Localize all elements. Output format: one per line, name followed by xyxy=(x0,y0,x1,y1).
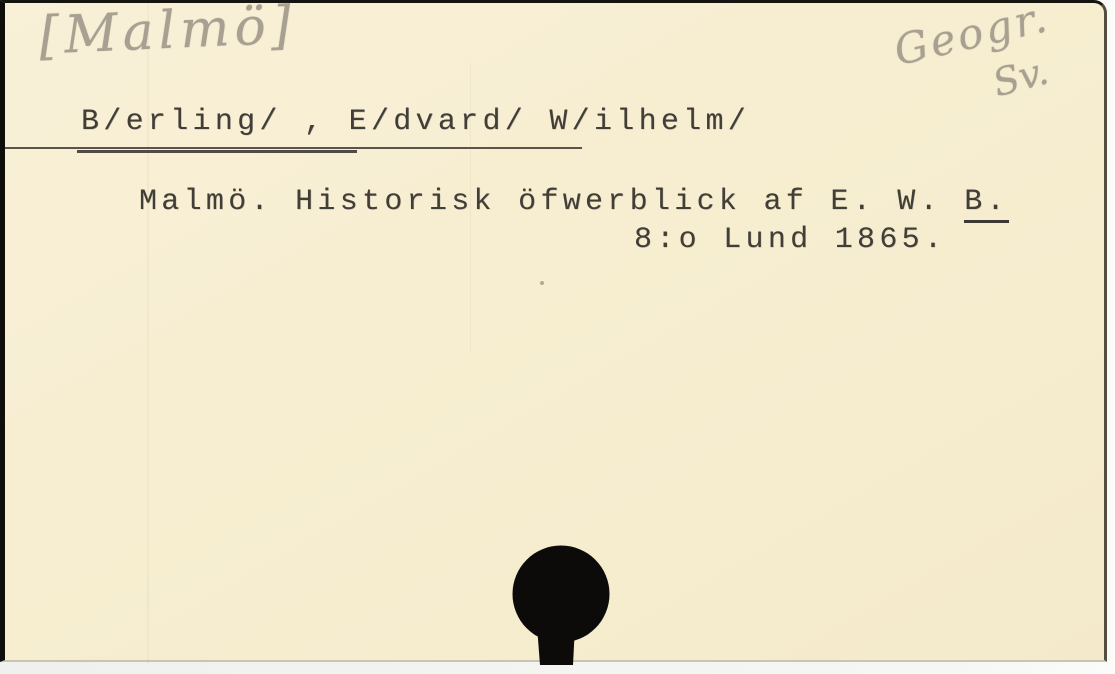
paper-speck xyxy=(540,281,544,285)
handwritten-classification-sv: Sv. xyxy=(988,49,1053,106)
punch-hole xyxy=(509,544,615,665)
imprint-line: 8:o Lund 1865. xyxy=(634,225,946,255)
filing-rule-line xyxy=(5,147,582,149)
handwritten-subject-annotation: [Malmö] xyxy=(38,0,297,67)
author-heading-line: B/erling/ , E/dvard/ W/ilhelm/ xyxy=(81,107,750,137)
author-underscore-line xyxy=(77,150,357,153)
catalog-card: [Malmö] Geogr. Sv. B/erling/ , E/dvard/ … xyxy=(0,0,1107,662)
title-line: Malmö. Historisk öfwerblick af E. W. B. xyxy=(139,187,1009,217)
title-text: Malmö. Historisk öfwerblick af E. W. xyxy=(139,185,964,219)
paper-crease xyxy=(147,3,149,663)
author-initial-underlined: B. xyxy=(964,185,1009,223)
scan-background: [Malmö] Geogr. Sv. B/erling/ , E/dvard/ … xyxy=(0,0,1115,674)
